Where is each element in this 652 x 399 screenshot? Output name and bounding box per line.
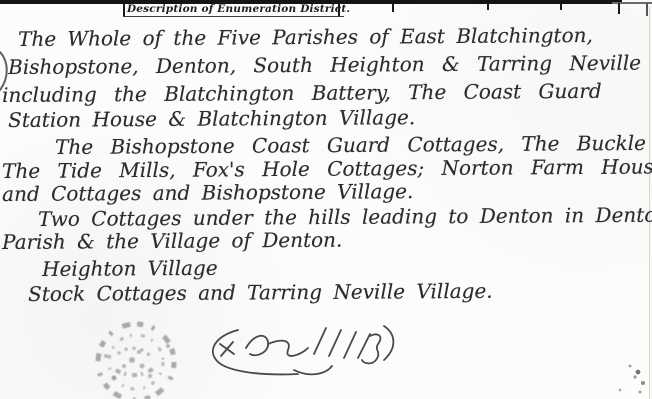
handwriting-line: The Whole of the Five Parishes of East B… — [18, 22, 593, 52]
handwriting-line: Heighton Village — [42, 255, 218, 282]
header-box-border — [123, 16, 344, 17]
left-margin-bracket-mark — [0, 50, 12, 92]
oval-pen-signature-icon — [198, 320, 403, 384]
document-page: Description of Enumeration District. The… — [0, 0, 652, 399]
ink-specks — [610, 358, 652, 399]
column-tick — [646, 3, 648, 16]
column-tick — [618, 3, 620, 14]
column-tick — [123, 3, 125, 17]
circular-ink-stamp-icon — [84, 316, 188, 399]
handwriting-line: Stock Cottages and Tarring Neville Villa… — [28, 278, 493, 307]
enumeration-district-header: Description of Enumeration District. — [127, 3, 342, 16]
handwriting-line: including the Blatchington Battery, The … — [2, 78, 602, 108]
column-tick — [487, 3, 489, 10]
handwriting-line: Station House & Blatchington Village. — [8, 104, 415, 133]
column-tick — [392, 3, 394, 12]
handwriting-line: and Cottages and Bishopstone Village. — [2, 178, 413, 207]
handwriting-line: Parish & the Village of Denton. — [2, 227, 342, 255]
column-tick — [560, 3, 562, 10]
handwriting-line: Bishopstone, Denton, South Heighton & Ta… — [8, 49, 652, 80]
